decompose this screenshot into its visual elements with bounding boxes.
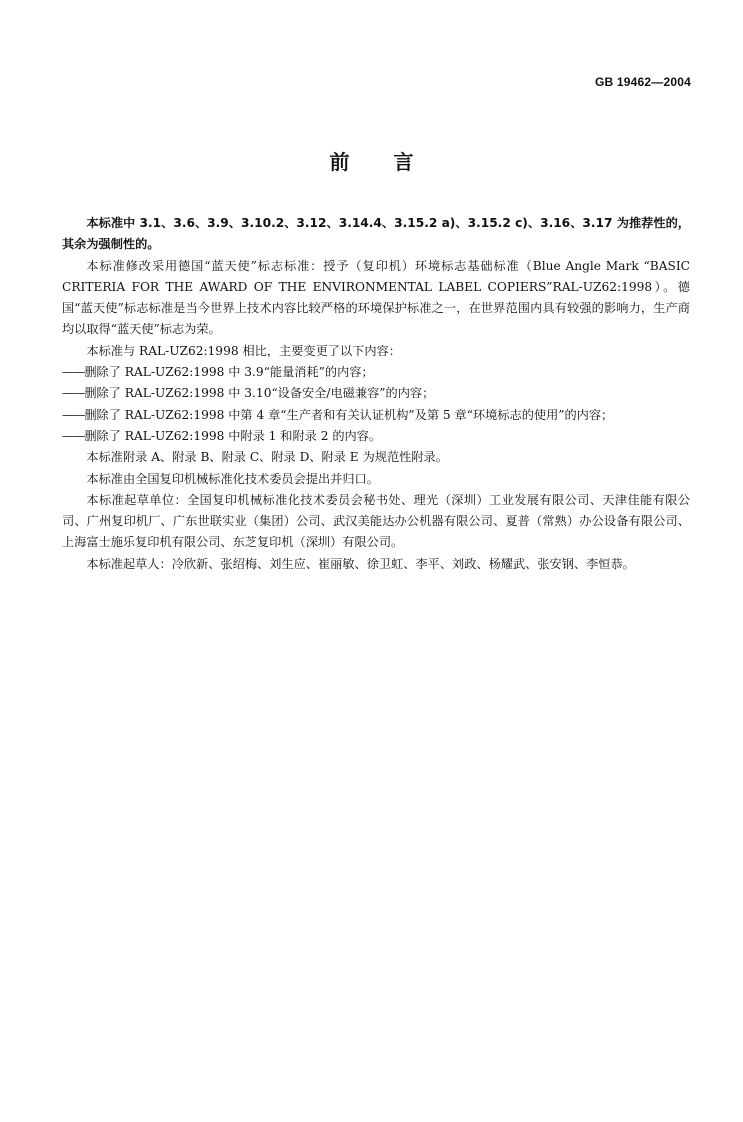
em-dash: —— [62,386,84,400]
change-list-item: ——删除了 RAL-UZ62:1998 中 3.9“能量消耗”的内容； [62,362,690,383]
adoption-paragraph: 本标准修改采用德国“蓝天使”标志标准：授予（复印机）环境标志基础标准（Blue … [62,256,690,341]
change-list-item: ——删除了 RAL-UZ62:1998 中 3.10“设备安全/电磁兼容”的内容… [62,383,690,404]
normative-annexes-paragraph: 本标准附录 A、附录 B、附录 C、附录 D、附录 E 为规范性附录。 [62,447,690,468]
standard-code: GB 19462—2004 [595,75,691,89]
changes-intro-paragraph: 本标准与 RAL-UZ62:1998 相比，主要变更了以下内容： [62,341,690,362]
change-text: 删除了 RAL-UZ62:1998 中附录 1 和附录 2 的内容。 [84,429,381,443]
drafters-paragraph: 本标准起草人：冷欣新、张绍梅、刘生应、崔丽敏、徐卫虹、李平、刘政、杨耀武、张安钢… [62,554,690,575]
page-title: 前言 [0,146,743,175]
foreword-body: 本标准中 3.1、3.6、3.9、3.10.2、3.12、3.14.4、3.15… [62,213,690,575]
change-text: 删除了 RAL-UZ62:1998 中 3.10“设备安全/电磁兼容”的内容； [84,386,434,400]
change-text: 删除了 RAL-UZ62:1998 中 3.9“能量消耗”的内容； [84,365,373,379]
recommended-clauses-paragraph: 本标准中 3.1、3.6、3.9、3.10.2、3.12、3.14.4、3.15… [62,213,690,256]
change-list-item: ——删除了 RAL-UZ62:1998 中第 4 章“生产者和有关认证机构”及第… [62,405,690,426]
em-dash: —— [62,408,84,422]
change-text: 删除了 RAL-UZ62:1998 中第 4 章“生产者和有关认证机构”及第 5… [84,408,613,422]
em-dash: —— [62,365,84,379]
em-dash: —— [62,429,84,443]
proposer-paragraph: 本标准由全国复印机械标准化技术委员会提出并归口。 [62,469,690,490]
change-list-item: ——删除了 RAL-UZ62:1998 中附录 1 和附录 2 的内容。 [62,426,690,447]
drafting-units-paragraph: 本标准起草单位：全国复印机械标准化技术委员会秘书处、理光（深圳）工业发展有限公司… [62,490,690,554]
